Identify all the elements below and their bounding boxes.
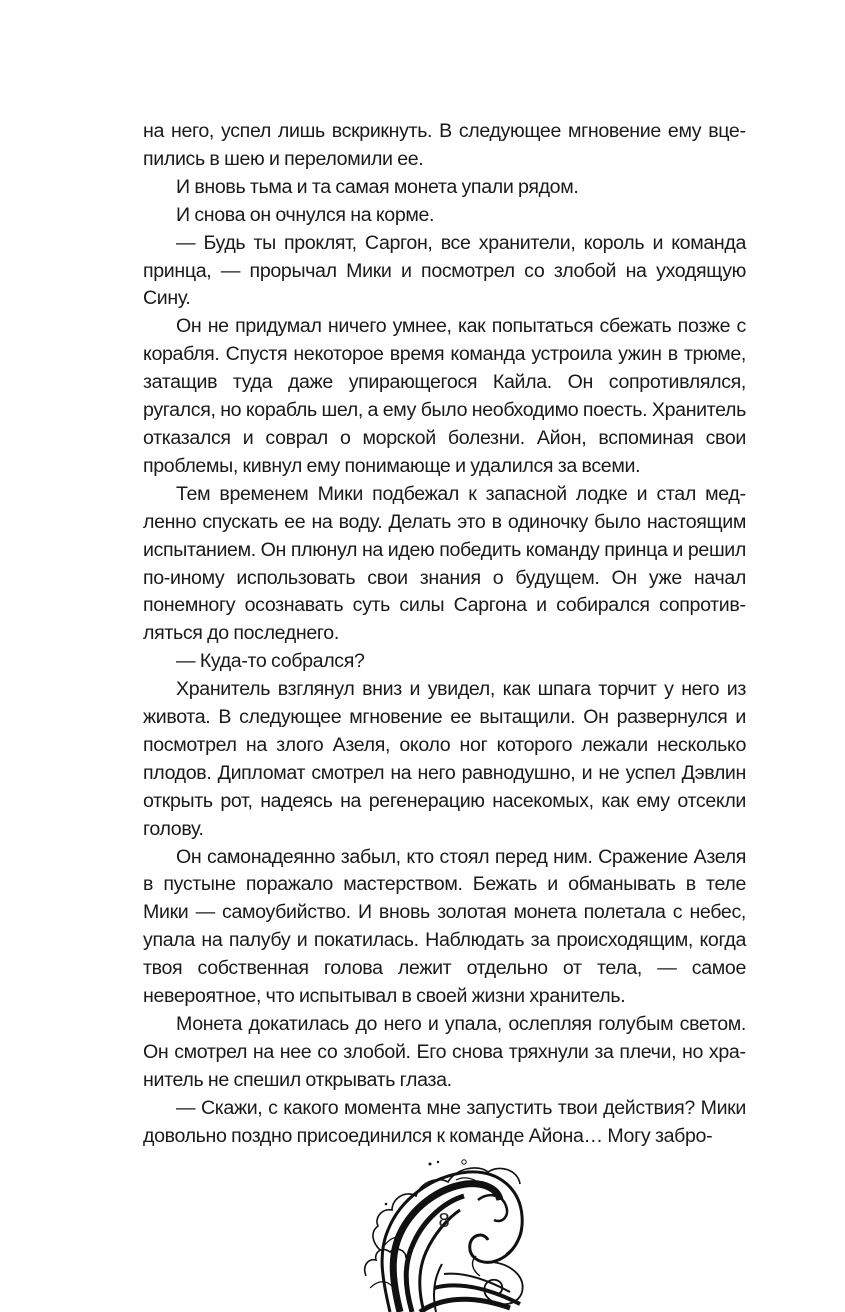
paragraph: И снова он очнулся на корме.	[143, 202, 746, 230]
paragraph: Монета докатилась до него и упала, ослеп…	[143, 1011, 746, 1095]
body-text: на него, успел лишь вскрикнуть. В следую…	[143, 118, 746, 1151]
paragraph: Тем временем Мики подбежал к запасной ло…	[143, 481, 746, 648]
paragraph: Хранитель взглянул вниз и увидел, как шп…	[143, 676, 746, 843]
paragraph: Он не придумал ничего умнее, как попытат…	[143, 313, 746, 480]
wave-ornament-icon	[360, 1158, 530, 1312]
paragraph: — Скажи, с какого момента мне запустить …	[143, 1095, 746, 1151]
page-number: 8	[430, 1210, 458, 1233]
paragraph: И вновь тьма и та самая монета упали ряд…	[143, 174, 746, 202]
paragraph: — Куда-то собрался?	[143, 648, 746, 676]
paragraph: на него, успел лишь вскрикнуть. В следую…	[143, 118, 746, 174]
paragraph: Он самонадеянно забыл, кто стоял перед н…	[143, 844, 746, 1011]
paragraph: — Будь ты проклят, Саргон, все хранители…	[143, 230, 746, 314]
